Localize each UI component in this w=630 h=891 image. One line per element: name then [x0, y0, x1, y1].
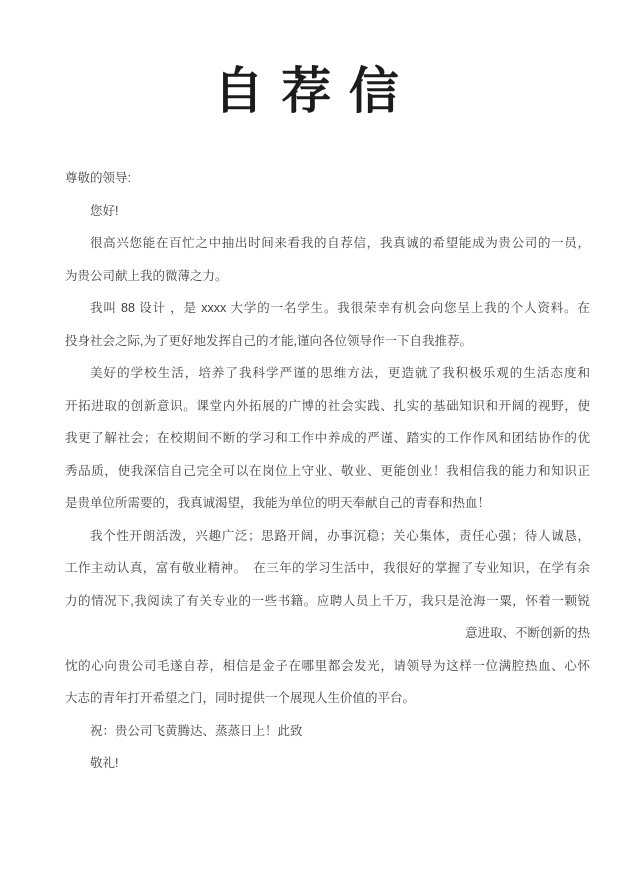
greeting-line: 您好! [65, 195, 590, 228]
closing-line: 敬礼! [65, 747, 590, 780]
body-line: 我个性开朗活泼，兴趣广泛；思路开阔，办事沉稳；关心集体，责任心强；待人诚恳， [65, 520, 590, 553]
body-line: 是贵单位所需要的，我真诚渴望，我能为单位的明天奉献自己的青春和热血！ [65, 487, 590, 520]
letter-page: 自荐信 尊敬的领导: 您好! 很高兴您能在百忙之中抽出时间来看我的自荐信，我真诚… [0, 0, 630, 891]
wish-line: 祝：贵公司飞黄腾达、蒸蒸日上！此致 [65, 715, 590, 748]
body-line: 开拓进取的创新意识。课堂内外拓展的广博的社会实践、扎实的基础知识和开阔的视野，使 [65, 390, 590, 423]
body-line: 大志的青年打开希望之门，同时提供一个展现人生价值的平台。 [65, 682, 590, 715]
body-line: 工作主动认真，富有敬业精神。 在三年的学习生活中，我很好的掌握了专业知识，在学有… [65, 552, 590, 585]
body-line: 我叫 88 设计 ，是 xxxx 大学的一名学生。我很荣幸有机会向您呈上我的个人… [65, 292, 590, 325]
letter-body: 尊敬的领导: 您好! 很高兴您能在百忙之中抽出时间来看我的自荐信，我真诚的希望能… [0, 162, 630, 780]
salutation-line: 尊敬的领导: [65, 162, 590, 195]
body-line: 为贵公司献上我的微薄之力。 [65, 260, 590, 293]
body-line: 力的情况下,我阅读了有关专业的一些书籍。应聘人员上千万，我只是沧海一粟，怀着一颗… [65, 585, 590, 618]
body-line: 我更了解社会；在校期间不断的学习和工作中养成的严谨、踏实的工作作风和团结协作的优 [65, 422, 590, 455]
letter-title: 自荐信 [0, 66, 630, 116]
body-line: 意进取、不断创新的热 [65, 617, 590, 650]
body-line: 秀品质，使我深信自己完全可以在岗位上守业、敬业、更能创业！我相信我的能力和知识正 [65, 455, 590, 488]
body-line: 忱的心向贵公司毛遂自荐，相信是金子在哪里都会发光，请领导为这样一位满腔热血、心怀 [65, 650, 590, 683]
body-line: 投身社会之际,为了更好地发挥自己的才能,谨向各位领导作一下自我推荐。 [65, 325, 590, 358]
body-line: 美好的学校生活，培养了我科学严谨的思维方法，更造就了我积极乐观的生活态度和 [65, 357, 590, 390]
body-line: 很高兴您能在百忙之中抽出时间来看我的自荐信，我真诚的希望能成为贵公司的一员， [65, 227, 590, 260]
